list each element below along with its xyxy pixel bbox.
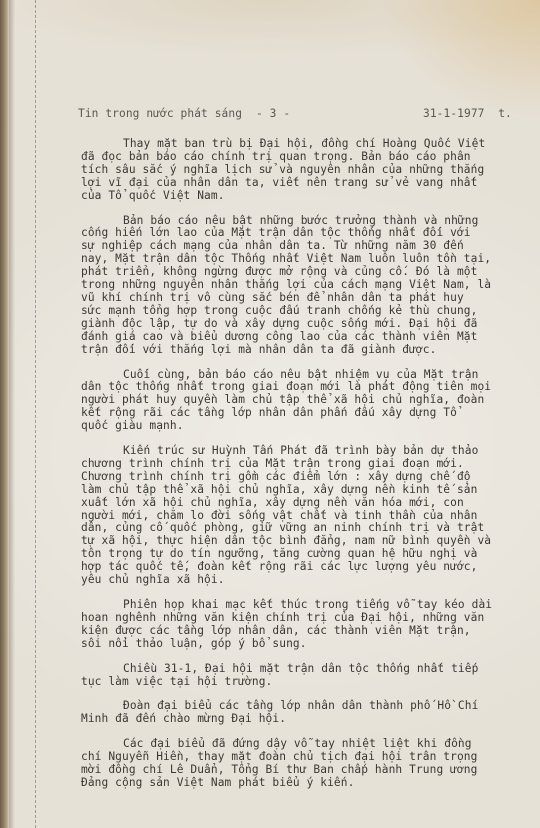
paragraph: Đoàn đại biểu các tầng lớp nhân dân thàn… [81,700,521,726]
text-line: vũ khí chính trị vô cùng sắc bén để nhân… [81,292,521,305]
text-line: kiện được các tầng lớp nhân dân, các thà… [81,625,521,638]
text-line: trận đối với thắng lợi mà nhân dân ta đã… [81,344,521,357]
page-number: - 3 - [256,107,290,120]
header-date: 31-1-1977 t. [423,107,512,120]
text-line: chương trình chính trị của Mặt trận tron… [81,458,521,471]
paragraph: Cuối cùng, bản báo cáo nêu bật nhiệm vụ … [81,369,521,434]
paragraph: Phiên họp khai mạc kết thúc trong tiếng … [81,599,521,651]
text-line: đánh giá cao và biểu dương công lao của … [81,331,521,344]
paragraph: Kiến trúc sư Huỳnh Tấn Phát đã trình bày… [81,445,521,587]
margin-line [35,0,36,828]
text-line: của Tổ quốc Việt Nam. [81,190,521,203]
text-line: tục làm việc tại hội trường. [81,676,521,689]
text-line: Phiên họp khai mạc kết thúc trong tiếng … [81,599,521,612]
text-line: hoan nghênh những văn kiện chính trị của… [81,612,521,625]
text-line: Thay mặt ban trù bị Đại hội, đồng chí Ho… [81,138,521,151]
paragraph: Bản báo cáo nêu bật những bước trưởng th… [81,215,521,357]
document-body: Thay mặt ban trù bị Đại hội, đồng chí Ho… [81,138,521,802]
binding-shadow [9,0,15,828]
text-line: sôi nổi thảo luận, góp ý bổ sung. [81,638,521,651]
paragraph: Các đại biểu đã đứng dậy vỗ tay nhiệt li… [81,738,521,790]
paragraph: Chiều 31-1, Đại hội mặt trận dân tộc thố… [81,663,521,689]
paragraph: Thay mặt ban trù bị Đại hội, đồng chí Ho… [81,138,521,203]
text-line: quốc giàu mạnh. [81,420,521,433]
text-line: Chương trình chính trị gồm các điểm lớn … [81,471,521,484]
text-line: lợi vĩ đại của nhân dân ta, viết nên tra… [81,177,521,190]
text-line: Đảng cộng sản Việt Nam phát biểu ý kiến. [81,777,521,790]
text-line: Minh đã đến chào mừng Đại hội. [81,713,521,726]
text-line: sức mạnh tổng hợp trong cuộc đấu tranh c… [81,305,521,318]
text-line: làm chủ tập thể xã hội chủ nghĩa, xây dự… [81,484,521,497]
page-binding [0,0,9,828]
page-header: Tin trong nước phát sáng - 3 - 31-1-1977… [78,107,518,121]
text-line: tích sâu sắc ý nghĩa lịch sử và nguyên n… [81,164,521,177]
text-line: xuất lớn xã hội chủ nghĩa, xây dựng nền … [81,497,521,510]
text-line: yêu chủ nghĩa xã hội. [81,574,521,587]
header-title: Tin trong nước phát sáng [78,107,242,120]
text-line: Chiều 31-1, Đại hội mặt trận dân tộc thố… [81,663,521,676]
text-line: Kiến trúc sư Huỳnh Tấn Phát đã trình bày… [81,445,521,458]
document-page: Tin trong nước phát sáng - 3 - 31-1-1977… [0,0,540,828]
text-line: giành độc lập, tự do và xây dựng cuộc số… [81,318,521,331]
text-line: đã đọc bản báo cáo chính trị quan trọng.… [81,151,521,164]
